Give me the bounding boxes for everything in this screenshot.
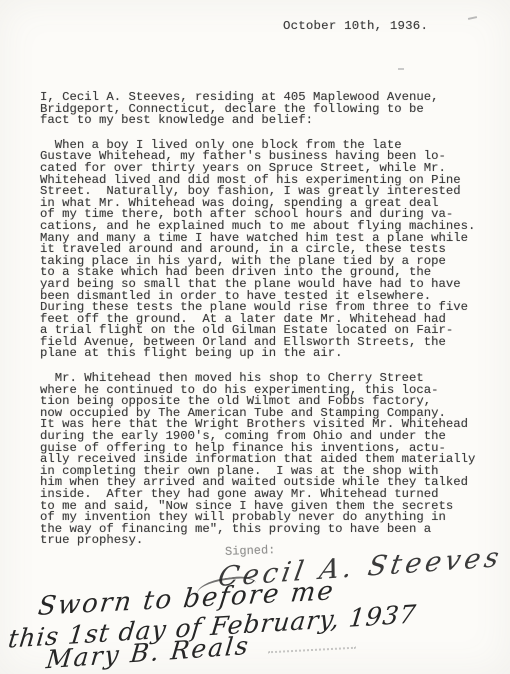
signed-label: Signed: <box>225 543 276 559</box>
whitehead-memories-paragraph: When a boy I lived only one block from t… <box>40 140 502 360</box>
document-page: October 10th, 1936. I, Cecil A. Steeves,… <box>0 0 510 674</box>
wright-brothers-paragraph: Mr. Whitehead then moved his shop to Che… <box>40 373 502 547</box>
scan-artifact-dash-top <box>468 16 477 20</box>
scan-artifact-dash-mid <box>398 68 404 70</box>
letter-body: I, Cecil A. Steeves, residing at 405 Map… <box>40 92 502 560</box>
scan-artifact-dotted-trail <box>268 647 356 654</box>
declaration-paragraph: I, Cecil A. Steeves, residing at 405 Map… <box>40 92 502 127</box>
date-line: October 10th, 1936. <box>283 19 428 33</box>
